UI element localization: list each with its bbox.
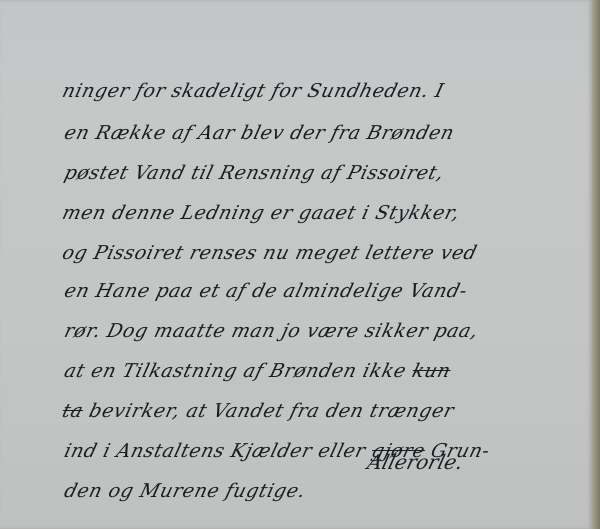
line-10-text-a: ind i Anstaltens Kjælder eller xyxy=(62,440,375,462)
signature: Allerorle. xyxy=(365,450,466,474)
book-binding-edge xyxy=(592,0,600,529)
text-line-2: en Række af Aar blev der fra Brønden xyxy=(62,122,457,144)
line-9-text: bevirker, at Vandet fra den trænger xyxy=(80,400,456,422)
struck-word: kun xyxy=(410,360,453,382)
text-line-11: den og Murene fugtige. xyxy=(62,480,308,502)
text-line-9: ta bevirker, at Vandet fra den trænger xyxy=(60,400,457,422)
text-line-4: men denne Ledning er gaaet i Stykker, xyxy=(60,202,462,224)
text-line-3: pøstet Vand til Rensning af Pissoiret, xyxy=(62,162,446,184)
text-line-8: at en Tilkastning af Brønden ikke kun xyxy=(62,360,453,382)
document-page: ninger for skadeligt for Sundheden. I en… xyxy=(0,0,592,529)
text-line-7: rør. Dog maatte man jo være sikker paa, xyxy=(62,320,481,342)
text-line-1: ninger for skadeligt for Sundheden. I xyxy=(60,80,446,102)
line-8-text: at en Tilkastning af Brønden ikke xyxy=(62,360,415,382)
text-line-6: en Hane paa et af de almindelige Vand- xyxy=(62,280,470,302)
text-line-5: og Pissoiret renses nu meget lettere ved xyxy=(60,242,480,264)
